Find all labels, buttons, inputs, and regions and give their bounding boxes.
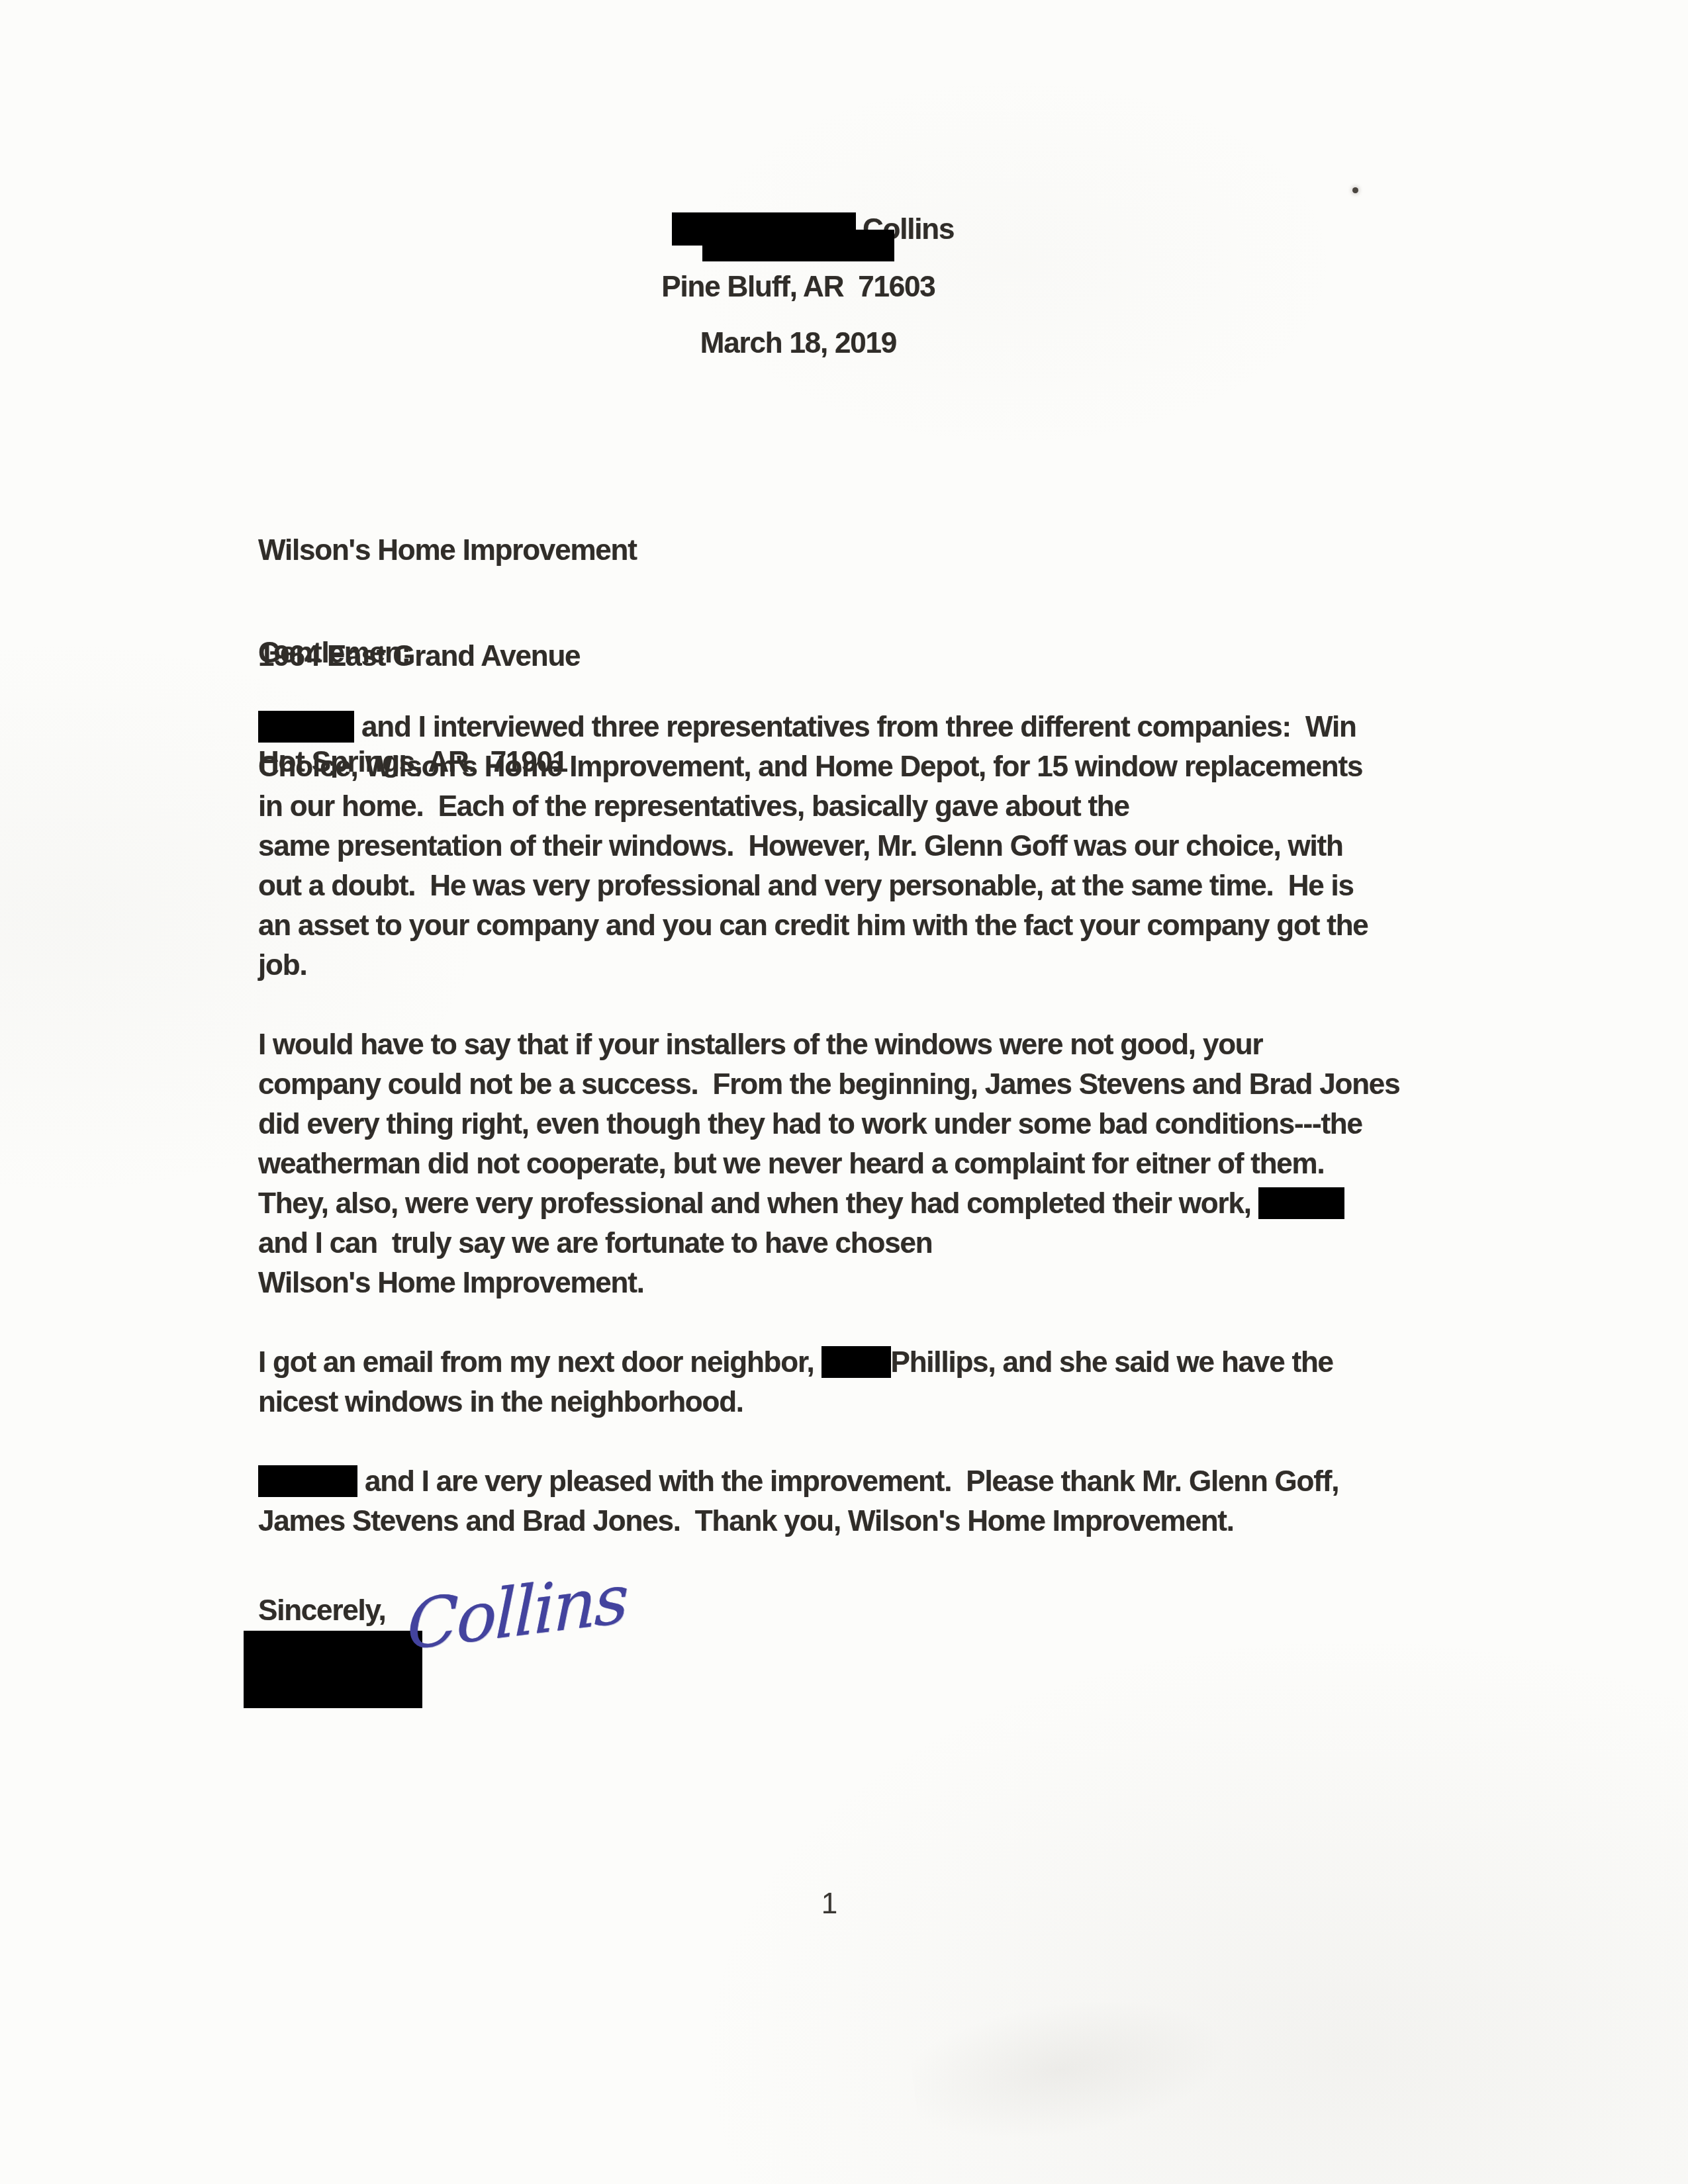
paragraph-2: I would have to say that if your install… bbox=[258, 1025, 1399, 1303]
salutation: Gentlemen: bbox=[258, 633, 410, 673]
text-line: job. bbox=[258, 946, 1399, 985]
text-segment: and I interviewed three representatives … bbox=[354, 711, 1356, 743]
text-line: Choice, Wilson's Home Improvement, and H… bbox=[258, 747, 1399, 787]
text-segment: out a doubt. He was very professional an… bbox=[258, 870, 1354, 902]
text-line: in our home. Each of the representatives… bbox=[258, 787, 1399, 827]
text-line: same presentation of their windows. Howe… bbox=[258, 827, 1399, 866]
text-line: an asset to your company and you can cre… bbox=[258, 906, 1399, 946]
page-number: 1 bbox=[0, 1888, 1659, 1921]
text-segment: did every thing right, even though they … bbox=[258, 1108, 1362, 1140]
text-segment: an asset to your company and you can cre… bbox=[258, 909, 1368, 942]
text-segment: Choice, Wilson's Home Improvement, and H… bbox=[258, 751, 1362, 783]
scanned-letter-page: Collins Pine Bluff, AR 71603 March 18, 2… bbox=[0, 0, 1688, 2184]
text-segment: in our home. Each of the representatives… bbox=[258, 790, 1129, 823]
redaction-bar bbox=[258, 711, 354, 743]
header-city-line: Pine Bluff, AR 71603 bbox=[0, 271, 1597, 304]
header-address-line bbox=[0, 230, 1597, 261]
text-line: I got an email from my next door neighbo… bbox=[258, 1343, 1399, 1383]
text-line: company could not be a success. From the… bbox=[258, 1065, 1399, 1105]
redaction-bar-sender-address bbox=[702, 230, 894, 261]
text-segment: James Stevens and Brad Jones. Thank you,… bbox=[258, 1505, 1234, 1537]
text-line: and I are very pleased with the improvem… bbox=[258, 1462, 1399, 1502]
text-line: and I interviewed three representatives … bbox=[258, 707, 1399, 747]
text-segment: I would have to say that if your install… bbox=[258, 1028, 1262, 1061]
scan-scuff bbox=[905, 1974, 1292, 2169]
text-line: I would have to say that if your install… bbox=[258, 1025, 1399, 1065]
text-segment: company could not be a success. From the… bbox=[258, 1068, 1399, 1101]
text-line: James Stevens and Brad Jones. Thank you,… bbox=[258, 1502, 1399, 1541]
redaction-bar-signature-name bbox=[244, 1631, 422, 1708]
recipient-line: Wilson's Home Improvement bbox=[258, 531, 637, 570]
text-line: did every thing right, even though they … bbox=[258, 1105, 1399, 1144]
closing-label: Sincerely, bbox=[258, 1591, 386, 1631]
text-segment: Wilson's Home Improvement. bbox=[258, 1267, 644, 1299]
text-line: weatherman did not cooperate, but we nev… bbox=[258, 1144, 1399, 1184]
paragraph-4: and I are very pleased with the improvem… bbox=[258, 1462, 1399, 1541]
text-segment: weatherman did not cooperate, but we nev… bbox=[258, 1148, 1325, 1180]
scan-speckle bbox=[1352, 187, 1358, 193]
paragraph-3: I got an email from my next door neighbo… bbox=[258, 1343, 1399, 1422]
text-segment: job. bbox=[258, 949, 306, 981]
text-line: They, also, were very professional and w… bbox=[258, 1184, 1399, 1224]
handwritten-signature: Collins bbox=[406, 1559, 628, 1666]
paragraph-1: and I interviewed three representatives … bbox=[258, 707, 1399, 985]
text-segment: Phillips, and she said we have the bbox=[891, 1346, 1333, 1379]
text-segment: They, also, were very professional and w… bbox=[258, 1187, 1258, 1220]
text-segment: nicest windows in the neighborhood. bbox=[258, 1386, 743, 1418]
text-segment: I got an email from my next door neighbo… bbox=[258, 1346, 821, 1379]
text-segment: and I are very pleased with the improvem… bbox=[357, 1465, 1338, 1498]
redaction-bar bbox=[821, 1346, 891, 1378]
text-line: nicest windows in the neighborhood. bbox=[258, 1383, 1399, 1422]
text-line: Wilson's Home Improvement. bbox=[258, 1263, 1399, 1303]
text-line: and I can truly say we are fortunate to … bbox=[258, 1224, 1399, 1263]
redaction-bar bbox=[258, 1465, 357, 1497]
text-segment: same presentation of their windows. Howe… bbox=[258, 830, 1343, 862]
text-line: out a doubt. He was very professional an… bbox=[258, 866, 1399, 906]
header-date-line: March 18, 2019 bbox=[0, 327, 1597, 360]
text-segment: and I can truly say we are fortunate to … bbox=[258, 1227, 932, 1259]
redaction-bar bbox=[1258, 1187, 1344, 1219]
letter-body: and I interviewed three representatives … bbox=[258, 707, 1399, 1541]
